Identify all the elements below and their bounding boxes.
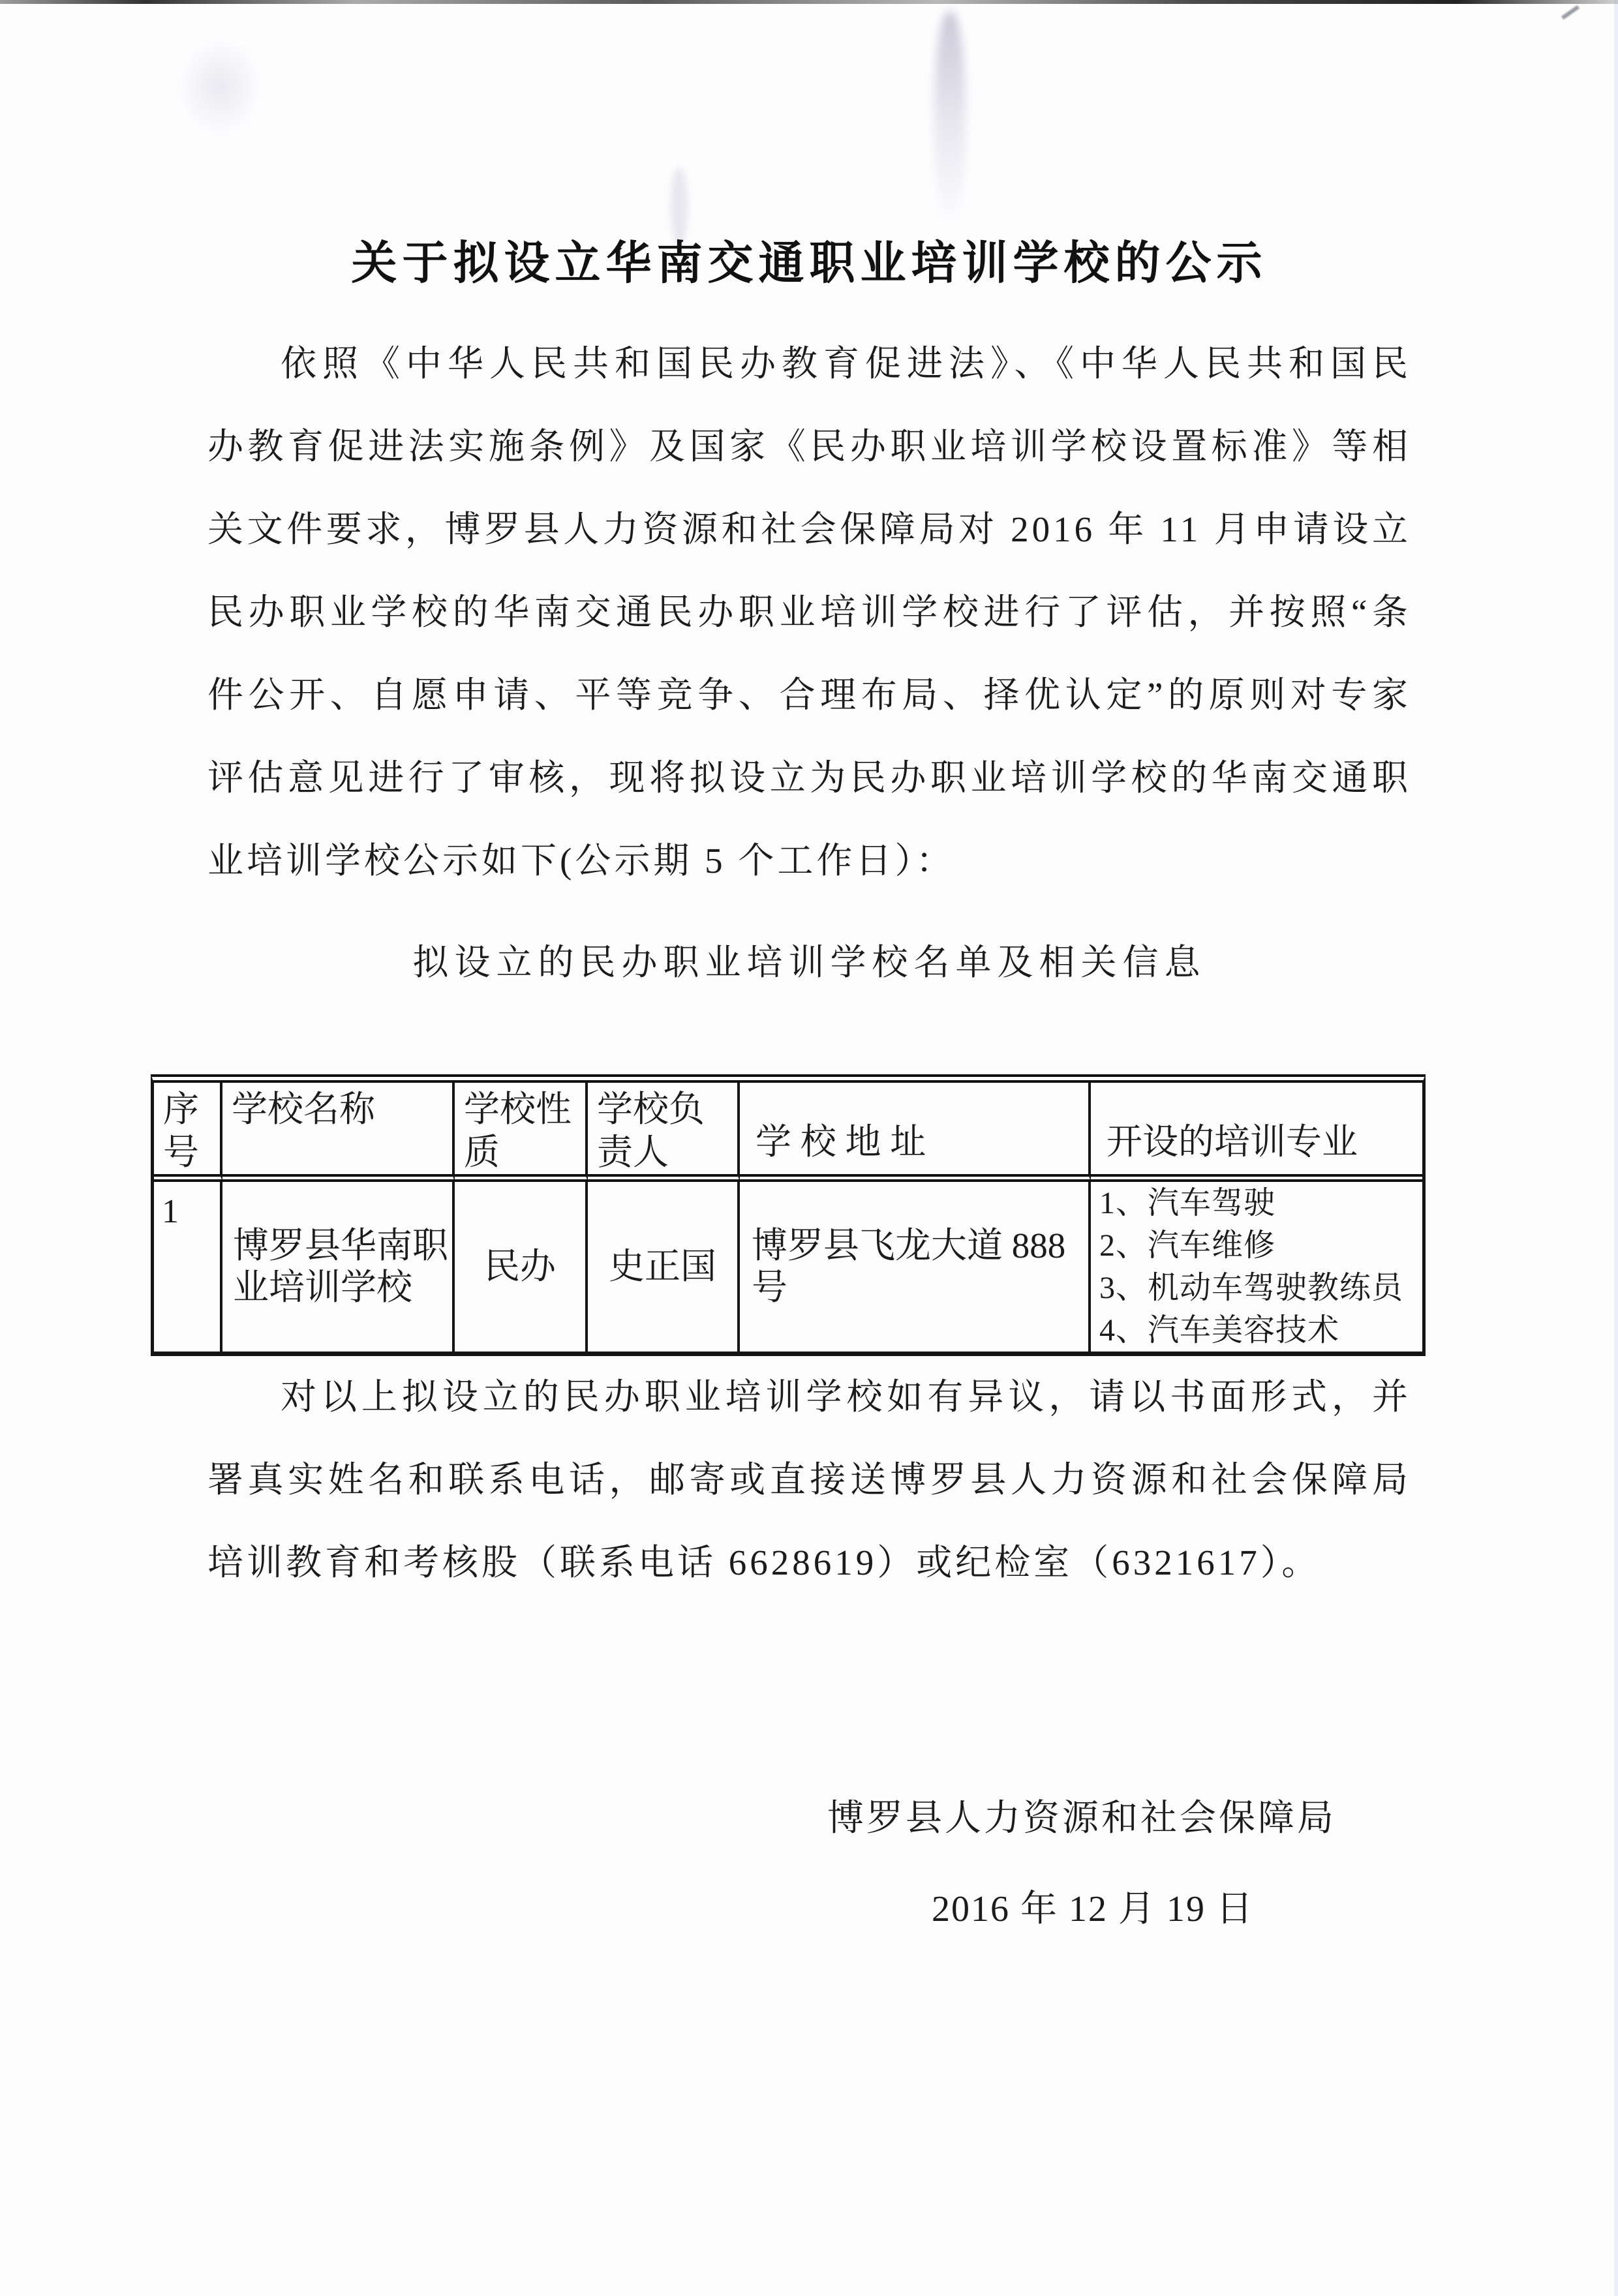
intro-line: 办教育促进法实施条例》及国家《民办职业培训学校设置标准》等相 (207, 405, 1411, 488)
major-item: 3、机动车驾驶教练员 (1099, 1267, 1422, 1309)
scan-right-edge-artifact (1614, 0, 1618, 2296)
intro-line: 件公开、自愿申请、平等竞争、合理布局、择优认定”的原则对专家 (207, 654, 1411, 736)
col-header-index: 序号 (154, 1083, 222, 1182)
issuer-signature: 博罗县人力资源和社会保障局 (207, 1792, 1411, 1845)
major-item: 4、汽车美容技术 (1099, 1309, 1422, 1352)
scan-smudge-artifact (934, 12, 966, 227)
cell-majors: 1、汽车驾驶 2、汽车维修 3、机动车驾驶教练员 4、汽车美容技术 (1091, 1182, 1422, 1352)
objection-line: 署真实姓名和联系电话，邮寄或直接送博罗县人力资源和社会保障局 (207, 1438, 1411, 1521)
table-caption: 拟设立的民办职业培训学校名单及相关信息 (207, 939, 1411, 986)
scan-top-edge-artifact (0, 0, 1618, 4)
intro-line: 评估意见进行了审核，现将拟设立为民办职业培训学校的华南交通职 (207, 736, 1411, 819)
intro-line: 关文件要求，博罗县人力资源和社会保障局对 2016 年 11 月申请设立 (207, 488, 1411, 571)
intro-paragraph: 依照《中华人民共和国民办教育促进法》、《中华人民共和国民 办教育促进法实施条例》… (207, 322, 1411, 902)
intro-line: 民办职业学校的华南交通民办职业培训学校进行了评估，并按照“条 (207, 571, 1411, 654)
col-header-majors: 开设的培训专业 (1091, 1083, 1422, 1182)
col-header-principal: 学校负责人 (588, 1083, 740, 1182)
cell-index: 1 (154, 1182, 222, 1352)
cell-school-name: 博罗县华南职 业培训学校 (222, 1182, 455, 1352)
objection-paragraph: 对以上拟设立的民办职业培训学校如有异议，请以书面形式，并 署真实姓名和联系电话，… (207, 1355, 1411, 1604)
school-name-line: 业培训学校 (233, 1267, 452, 1308)
intro-line: 依照《中华人民共和国民办教育促进法》、《中华人民共和国民 (207, 322, 1411, 405)
scanned-document-page: 关于拟设立华南交通职业培训学校的公示 依照《中华人民共和国民办教育促进法》、《中… (0, 0, 1618, 2296)
objection-line: 培训教育和考核股（联系电话 6628619）或纪检室（6321617）。 (207, 1521, 1411, 1604)
scan-mark-artifact (1561, 5, 1580, 20)
issue-date: 2016 年 12 月 19 日 (207, 1883, 1411, 1935)
school-name-line: 博罗县华南职 (233, 1225, 452, 1267)
scan-smudge-artifact (177, 38, 262, 136)
cell-address: 博罗县飞龙大道 888 号 (740, 1182, 1091, 1352)
col-header-ownership: 学校性质 (455, 1083, 588, 1182)
table-header-row: 序号 学校名称 学校性质 学校负责人 学 校 地 址 开设的培训专业 (154, 1083, 1422, 1182)
col-header-address: 学 校 地 址 (740, 1083, 1091, 1182)
school-announcement-table: 序号 学校名称 学校性质 学校负责人 学 校 地 址 开设的培训专业 1 博罗县… (151, 1074, 1426, 1356)
major-item: 1、汽车驾驶 (1099, 1182, 1422, 1224)
scan-smudge-artifact (671, 167, 688, 247)
document-title: 关于拟设立华南交通职业培训学校的公示 (207, 235, 1411, 290)
col-header-school-name: 学校名称 (222, 1083, 455, 1182)
objection-line: 对以上拟设立的民办职业培训学校如有异议，请以书面形式，并 (207, 1355, 1411, 1438)
intro-line: 业培训学校公示如下(公示期 5 个工作日）： (207, 819, 1411, 902)
cell-ownership: 民办 (455, 1182, 588, 1352)
table-row: 1 博罗县华南职 业培训学校 民办 史正国 博罗县飞龙大道 888 号 1、汽车… (154, 1182, 1422, 1352)
cell-principal: 史正国 (588, 1182, 740, 1352)
major-item: 2、汽车维修 (1099, 1224, 1422, 1267)
